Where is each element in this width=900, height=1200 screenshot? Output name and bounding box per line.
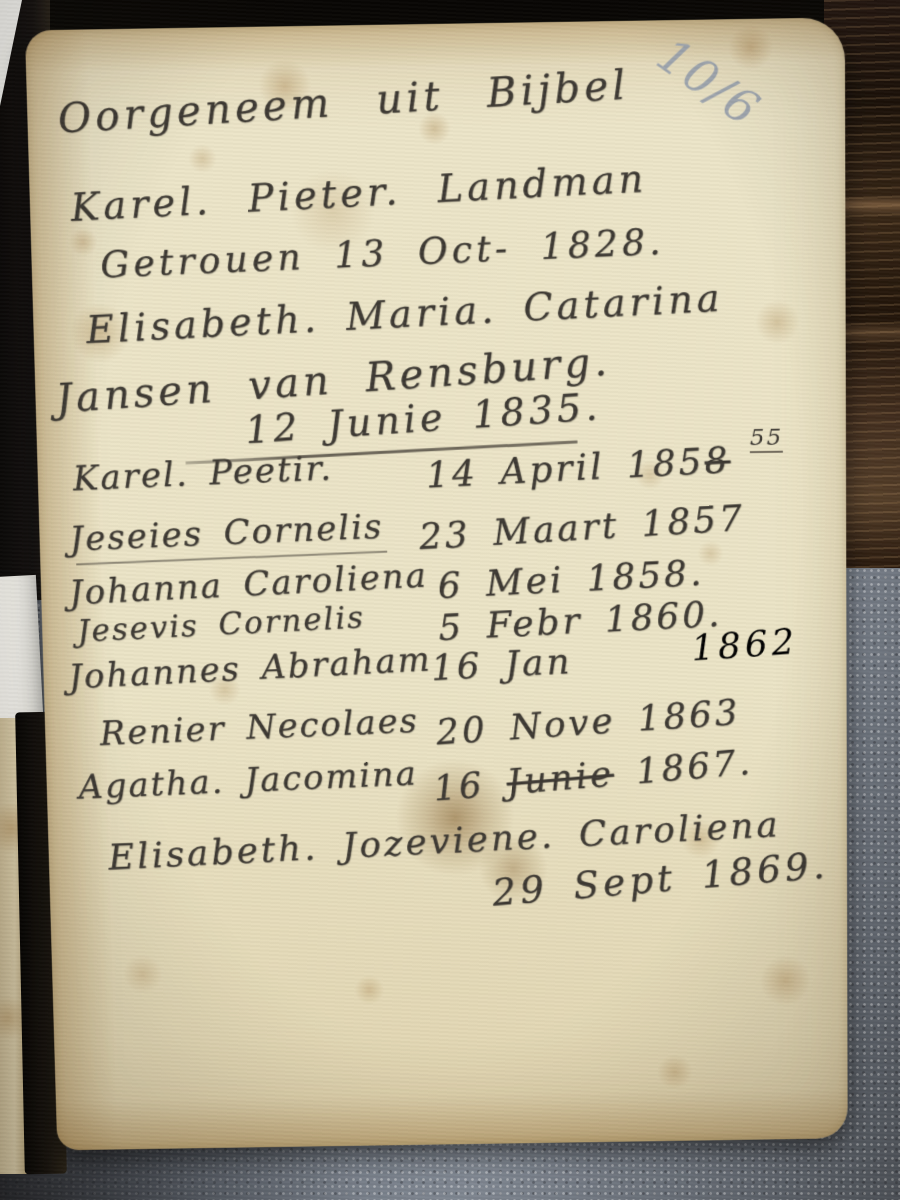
correction-note: 55	[750, 425, 783, 454]
mother-name-line: Elisabeth. Maria. Catarina	[85, 275, 725, 352]
child-birthdate: 20 Nove 1863	[435, 693, 742, 754]
child-record-row: Karel. Peetir. 14 April 1858 55	[37, 444, 846, 503]
child-birthdate: 16 Jan	[430, 641, 573, 689]
pencil-note: 10/6	[647, 27, 771, 138]
father-name-line: Karel. Pieter. Landman	[69, 156, 648, 230]
struck-month: Junie	[505, 754, 616, 803]
date-text: 16	[432, 763, 509, 809]
child-name: Agatha. Jacomina	[77, 754, 418, 807]
child-birthdate: 5 Febr 1860.	[437, 594, 723, 649]
child-record-row: Jeseies Cornelis 23 Maart 1857	[39, 504, 846, 562]
child-birthdate: 23 Maart 1857	[418, 498, 746, 558]
marriage-date-line: Getrouen 13 Oct- 1828.	[99, 221, 665, 286]
handwritten-title: Oorgeneem uit Bijbel	[56, 62, 630, 143]
bible-flyleaf-photo: Oorgeneem uit Bijbel 10/6 Karel. Pieter.…	[0, 0, 900, 1200]
child-birthdate: 14 April 1858	[425, 440, 731, 496]
date-text: 1867.	[612, 742, 754, 794]
child-name: Karel. Peetir.	[72, 448, 334, 499]
date-text: 14 April 185	[425, 441, 705, 496]
struck-digit: 8	[704, 440, 732, 482]
book-page: Oorgeneem uit Bijbel 10/6 Karel. Pieter.…	[25, 17, 848, 1150]
child-birth-year: 1862	[690, 622, 799, 670]
child-birthdate: 16 Junie 1867.	[432, 742, 755, 809]
child-name: Renier Necolaes	[99, 701, 420, 754]
child-record-row: Agatha. Jacomina 16 Junie 1867.	[46, 752, 847, 809]
